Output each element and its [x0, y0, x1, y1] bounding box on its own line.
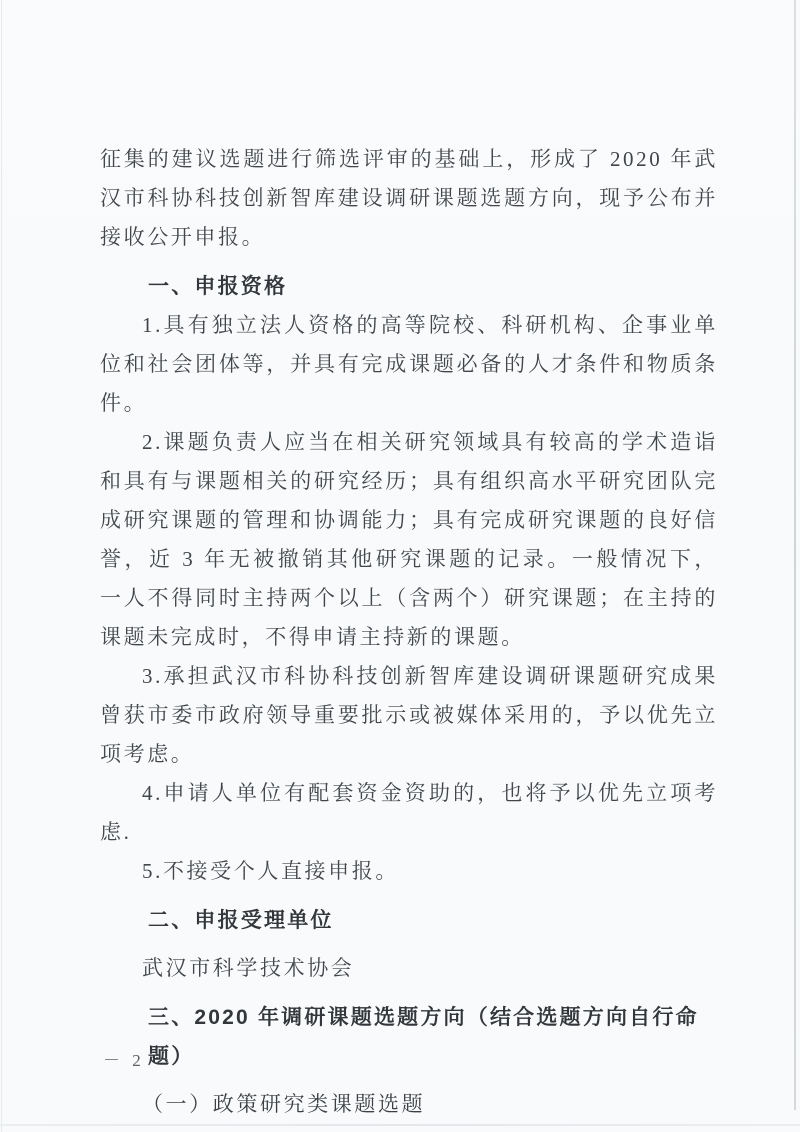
scanned-document-page: 征集的建议选题进行筛选评审的基础上，形成了 2020 年武汉市科协科技创新智库建…	[0, 0, 800, 1132]
qualification-item-5: 5.不接受个人直接申报。	[100, 852, 718, 891]
qualification-item-3: 3.承担武汉市科协科技创新智库建设调研课题研究成果曾获市委市政府领导重要批示或被…	[100, 657, 718, 774]
page-number: － 2 －	[103, 1046, 174, 1071]
subtopic-policy-research: （一）政策研究类课题选题	[100, 1085, 718, 1124]
scan-edge-bottom	[0, 1124, 800, 1126]
intro-paragraph: 征集的建议选题进行筛选评审的基础上，形成了 2020 年武汉市科协科技创新智库建…	[100, 140, 718, 257]
qualification-item-2: 2.课题负责人应当在相关研究领域具有较高的学术造诣和具有与课题相关的研究经历；具…	[100, 423, 718, 657]
qualification-item-4: 4.申请人单位有配套资金资助的，也将予以优先立项考虑.	[100, 774, 718, 852]
section-heading-application-qualification: 一、申报资格	[100, 267, 718, 306]
qualification-item-1: 1.具有独立法人资格的高等院校、科研机构、企事业单位和社会团体等，并具有完成课题…	[100, 306, 718, 423]
scan-edge-left	[1, 0, 2, 1132]
section-heading-accepting-unit: 二、申报受理单位	[100, 901, 718, 940]
accepting-organization: 武汉市科学技术协会	[100, 949, 718, 988]
document-body: 征集的建议选题进行筛选评审的基础上，形成了 2020 年武汉市科协科技创新智库建…	[100, 140, 718, 1124]
section-heading-topic-directions: 三、2020 年调研课题选题方向（结合选题方向自行命题）	[100, 998, 718, 1076]
scan-edge-right	[794, 0, 796, 1110]
